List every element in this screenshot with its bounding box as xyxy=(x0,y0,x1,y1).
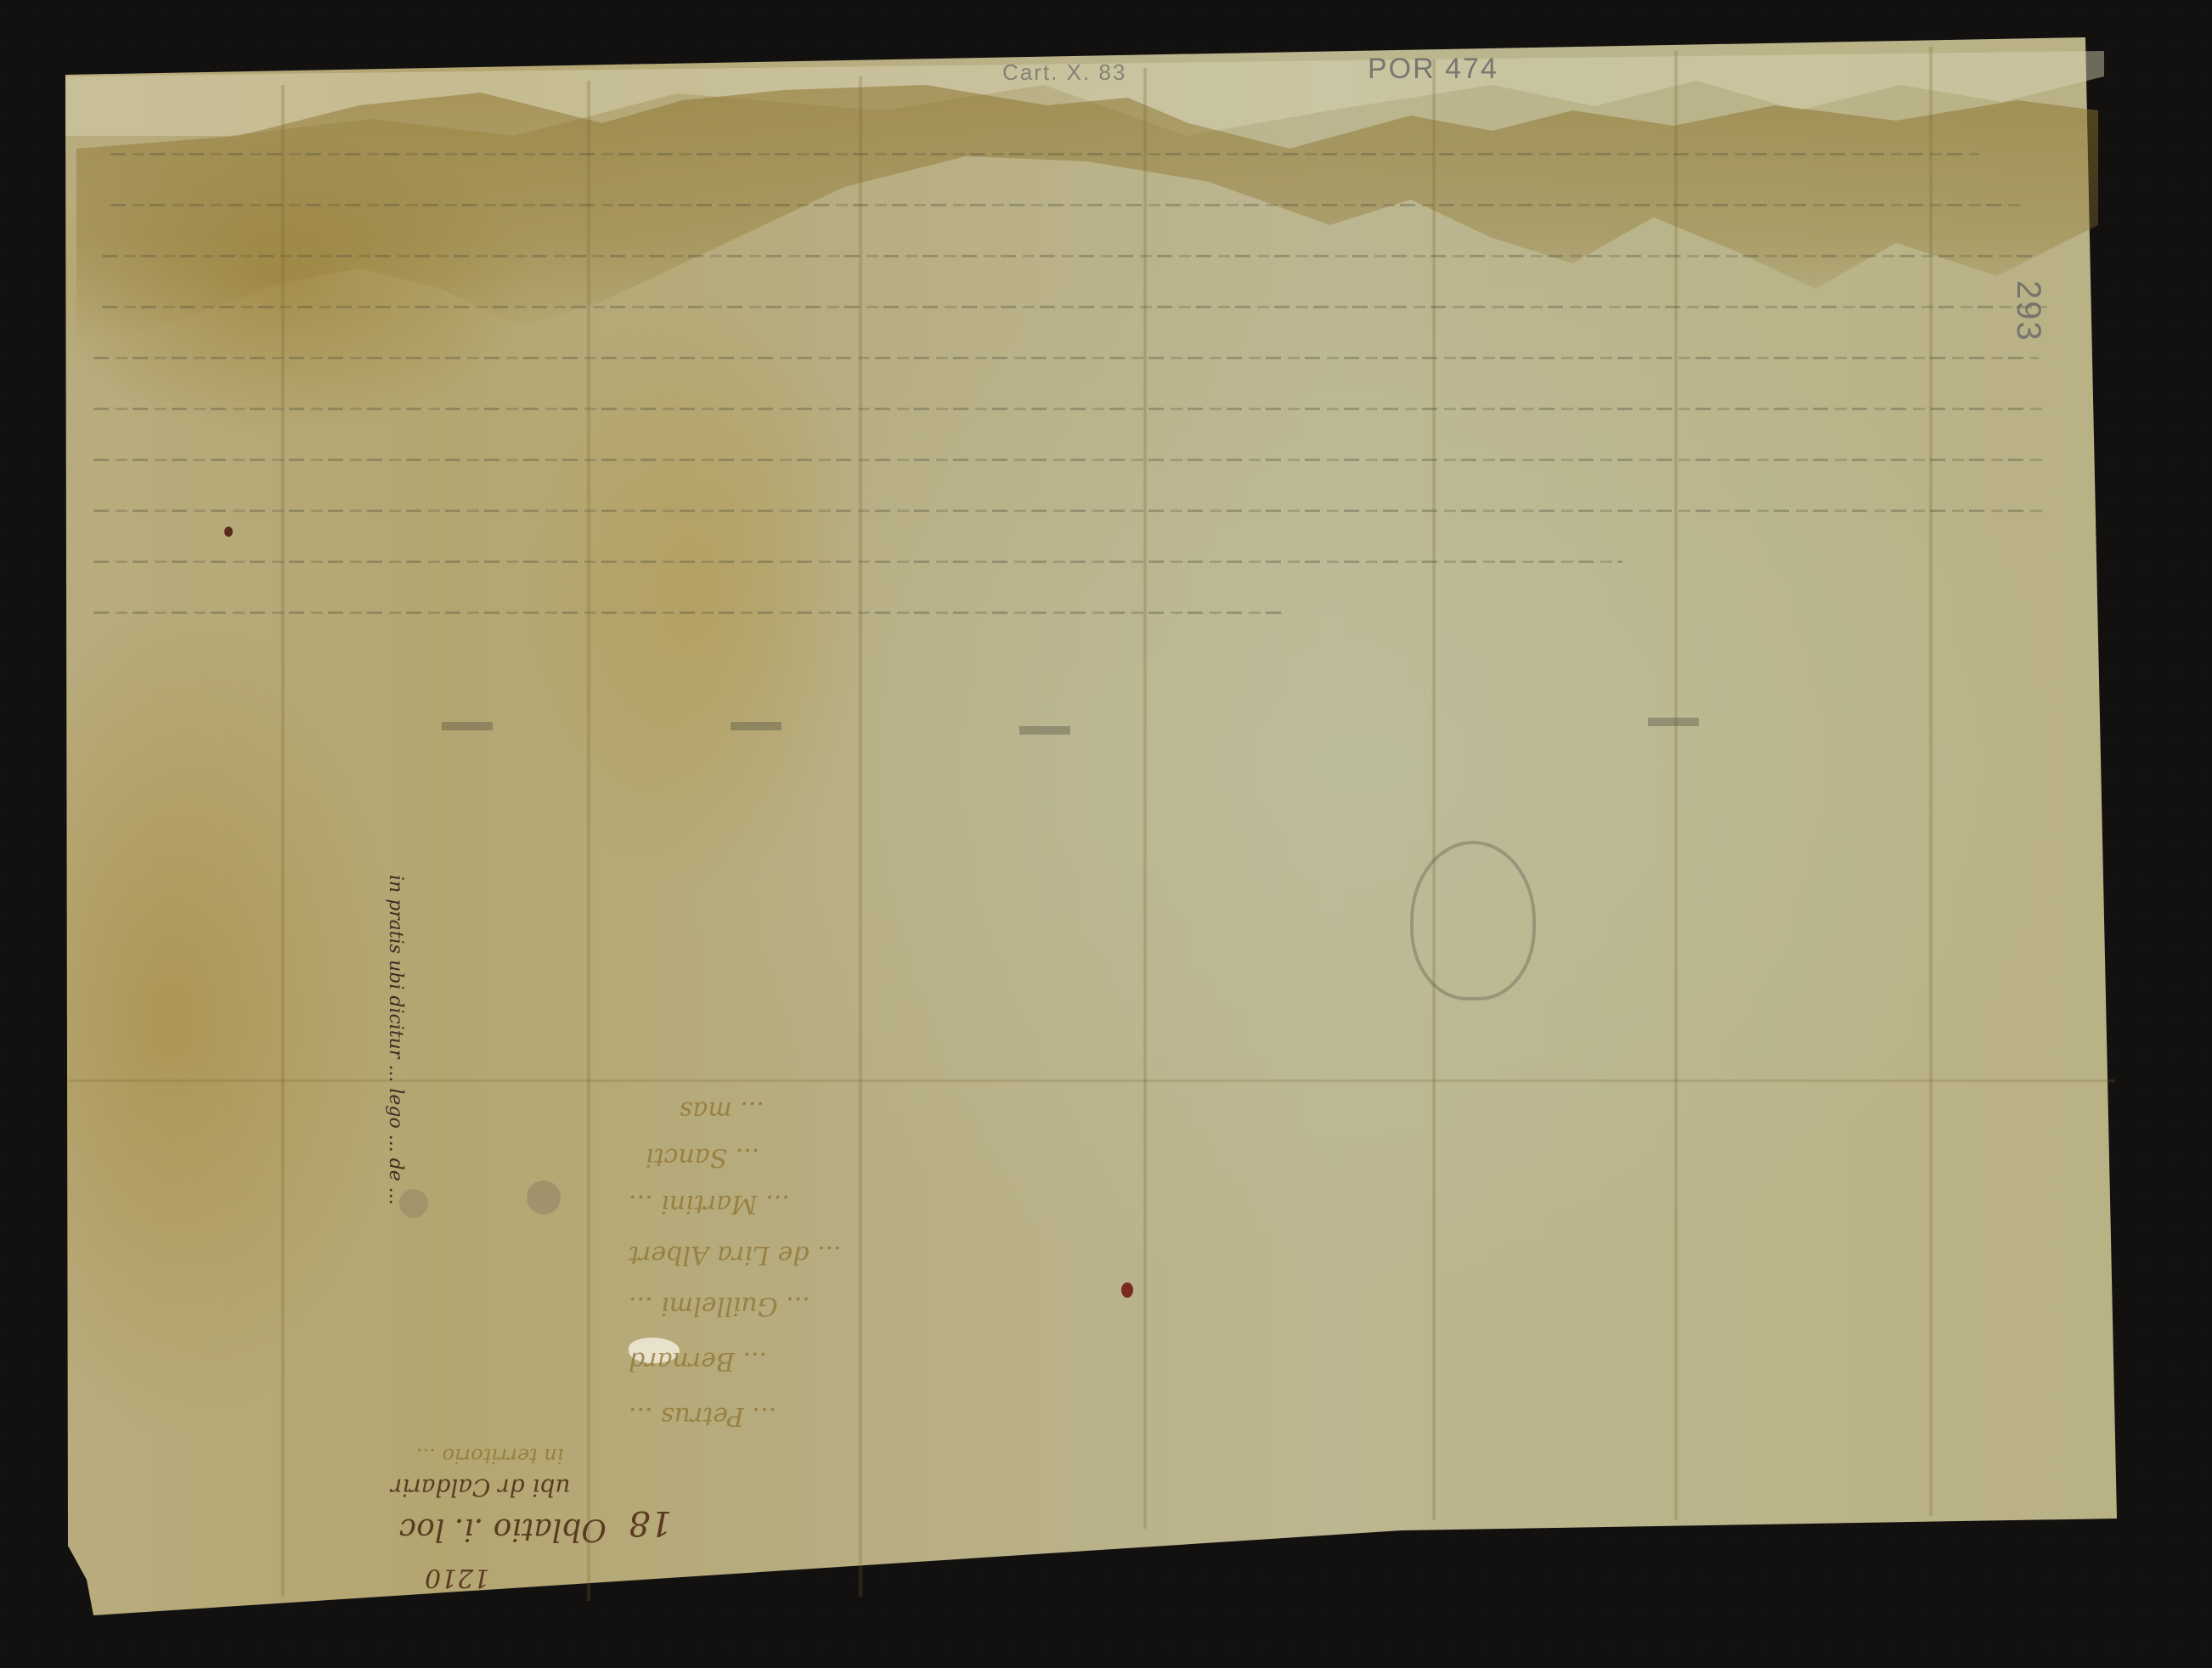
archive-number-label: POR 474 xyxy=(1368,53,1498,86)
fold-line xyxy=(1673,51,1679,1520)
fold-line xyxy=(280,85,285,1597)
show-through-text-line xyxy=(93,510,2047,512)
dorsal-note-line: in territorio ... xyxy=(416,1444,563,1468)
faded-list-line: ... mas xyxy=(680,1096,765,1125)
dorsal-note-line: ubi dr Caldarir xyxy=(391,1474,570,1502)
fold-line xyxy=(586,81,591,1601)
parchment-sheet: Cart. X. 83 POR 474 293 1210 Oblatio .i.… xyxy=(0,0,2212,1668)
red-ink-spot xyxy=(1121,1282,1133,1298)
fold-line xyxy=(1143,68,1148,1529)
show-through-text-line xyxy=(110,204,2022,206)
fold-line xyxy=(1928,47,1933,1516)
seal-tie-mark xyxy=(1648,718,1699,726)
show-through-text-line xyxy=(102,306,2047,308)
seal-tie-mark xyxy=(1019,726,1070,735)
show-through-text-line xyxy=(93,357,2039,359)
faded-list-line: ... Petrus ... xyxy=(629,1401,776,1431)
show-through-text-line xyxy=(102,255,2039,257)
show-through-text-line xyxy=(93,408,2047,410)
show-through-text-line xyxy=(93,561,1622,563)
faded-list-line: ... Martini ... xyxy=(629,1189,790,1219)
dorsal-note-year: 1210 xyxy=(425,1563,489,1592)
folio-number-label: 293 xyxy=(2009,280,2047,342)
faded-list-line: ... Bernard xyxy=(629,1346,767,1376)
faded-list-line: ... Guillelmi ... xyxy=(629,1291,810,1321)
ink-spot xyxy=(224,527,233,537)
vertical-marginal-note: in pratis ubi dicitur ... lego ... de ..… xyxy=(385,875,406,1205)
show-through-text-line xyxy=(93,459,2047,461)
dorsal-note-number: 18 xyxy=(629,1503,672,1542)
seal-sketch xyxy=(1410,841,1536,1000)
seal-tie-mark xyxy=(731,722,782,730)
faded-list-line: ... de Lira Albert xyxy=(629,1240,842,1270)
stain-spot xyxy=(527,1181,561,1214)
shelfmark-label: Cart. X. 83 xyxy=(1002,59,1126,86)
fold-line xyxy=(1431,59,1436,1520)
faded-list-line: ... Sancti xyxy=(646,1142,759,1172)
seal-tie-mark xyxy=(442,722,493,730)
fold-line-horizontal xyxy=(68,1079,2115,1083)
show-through-text-line xyxy=(110,153,1979,155)
show-through-text-line xyxy=(93,611,1283,614)
dorsal-note-line: Oblatio .i. loc xyxy=(399,1512,607,1547)
fold-line xyxy=(858,76,863,1597)
